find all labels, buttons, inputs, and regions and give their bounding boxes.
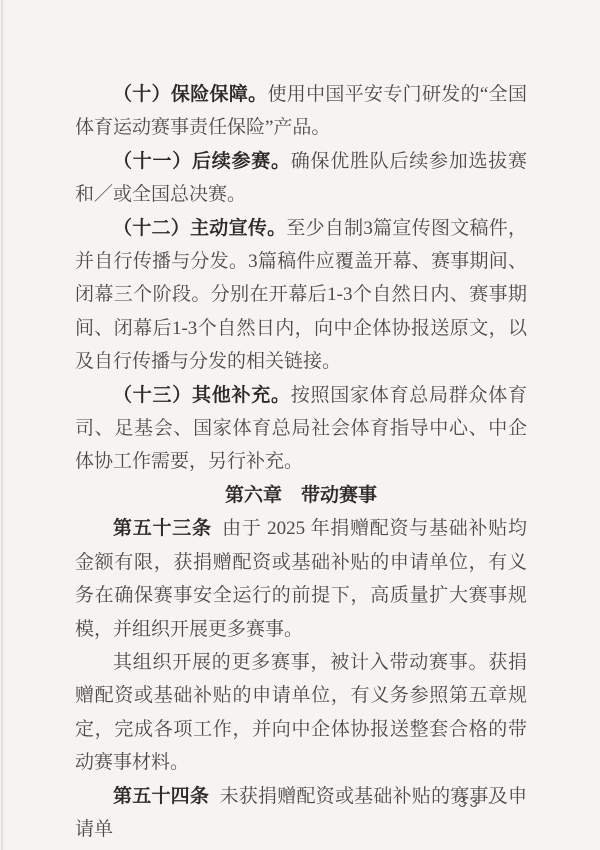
clause-12-publicity: （十二）主动宣传。至少自制3篇宣传图文稿件，并自行传播与分发。3篇稿件应覆盖开幕… [75,212,527,379]
clause-10-insurance: （十）保险保障。使用中国平安专门研发的“全国体育运动赛事责任保险”产品。 [75,78,527,145]
chapter-6-heading: 第六章 带动赛事 [75,479,527,512]
clause-12-heading: （十二）主动宣传。 [113,218,286,239]
document-page: （十）保险保障。使用中国平安专门研发的“全国体育运动赛事责任保险”产品。 （十一… [75,78,527,846]
clause-12-body: 至少自制3篇宣传图文稿件，并自行传播与分发。3篇稿件应覆盖开幕、赛事期间、闭幕三… [75,218,527,373]
page-number: - 33 - [443,794,496,811]
clause-11-follow-up: （十一）后续参赛。确保优胜队后续参加选拔赛和／或全国总决赛。 [75,145,527,212]
article-54: 第五十四条未获捐赠配资或基础补贴的赛事及申请单 [75,780,527,847]
article-53: 第五十三条由于 2025 年捐赠配资与基础补贴均金额有限，获捐赠配资或基础补贴的… [75,512,527,646]
clause-11-heading: （十一）后续参赛。 [113,151,291,172]
clause-13-supplement: （十三）其他补充。按照国家体育总局群众体育司、足基会、国家体育总局社会体育指导中… [75,379,527,479]
clause-10-heading: （十）保险保障。 [113,84,268,105]
article-54-number: 第五十四条 [113,786,209,807]
scanned-page-edge [0,0,5,850]
article-53-continuation: 其组织开展的更多赛事，被计入带动赛事。获捐赠配资或基础补贴的申请单位，有义务参照… [75,646,527,780]
article-53-number: 第五十三条 [113,518,212,539]
article-53-continuation-body: 其组织开展的更多赛事，被计入带动赛事。获捐赠配资或基础补贴的申请单位，有义务参照… [75,652,527,773]
clause-13-heading: （十三）其他补充。 [113,385,291,406]
